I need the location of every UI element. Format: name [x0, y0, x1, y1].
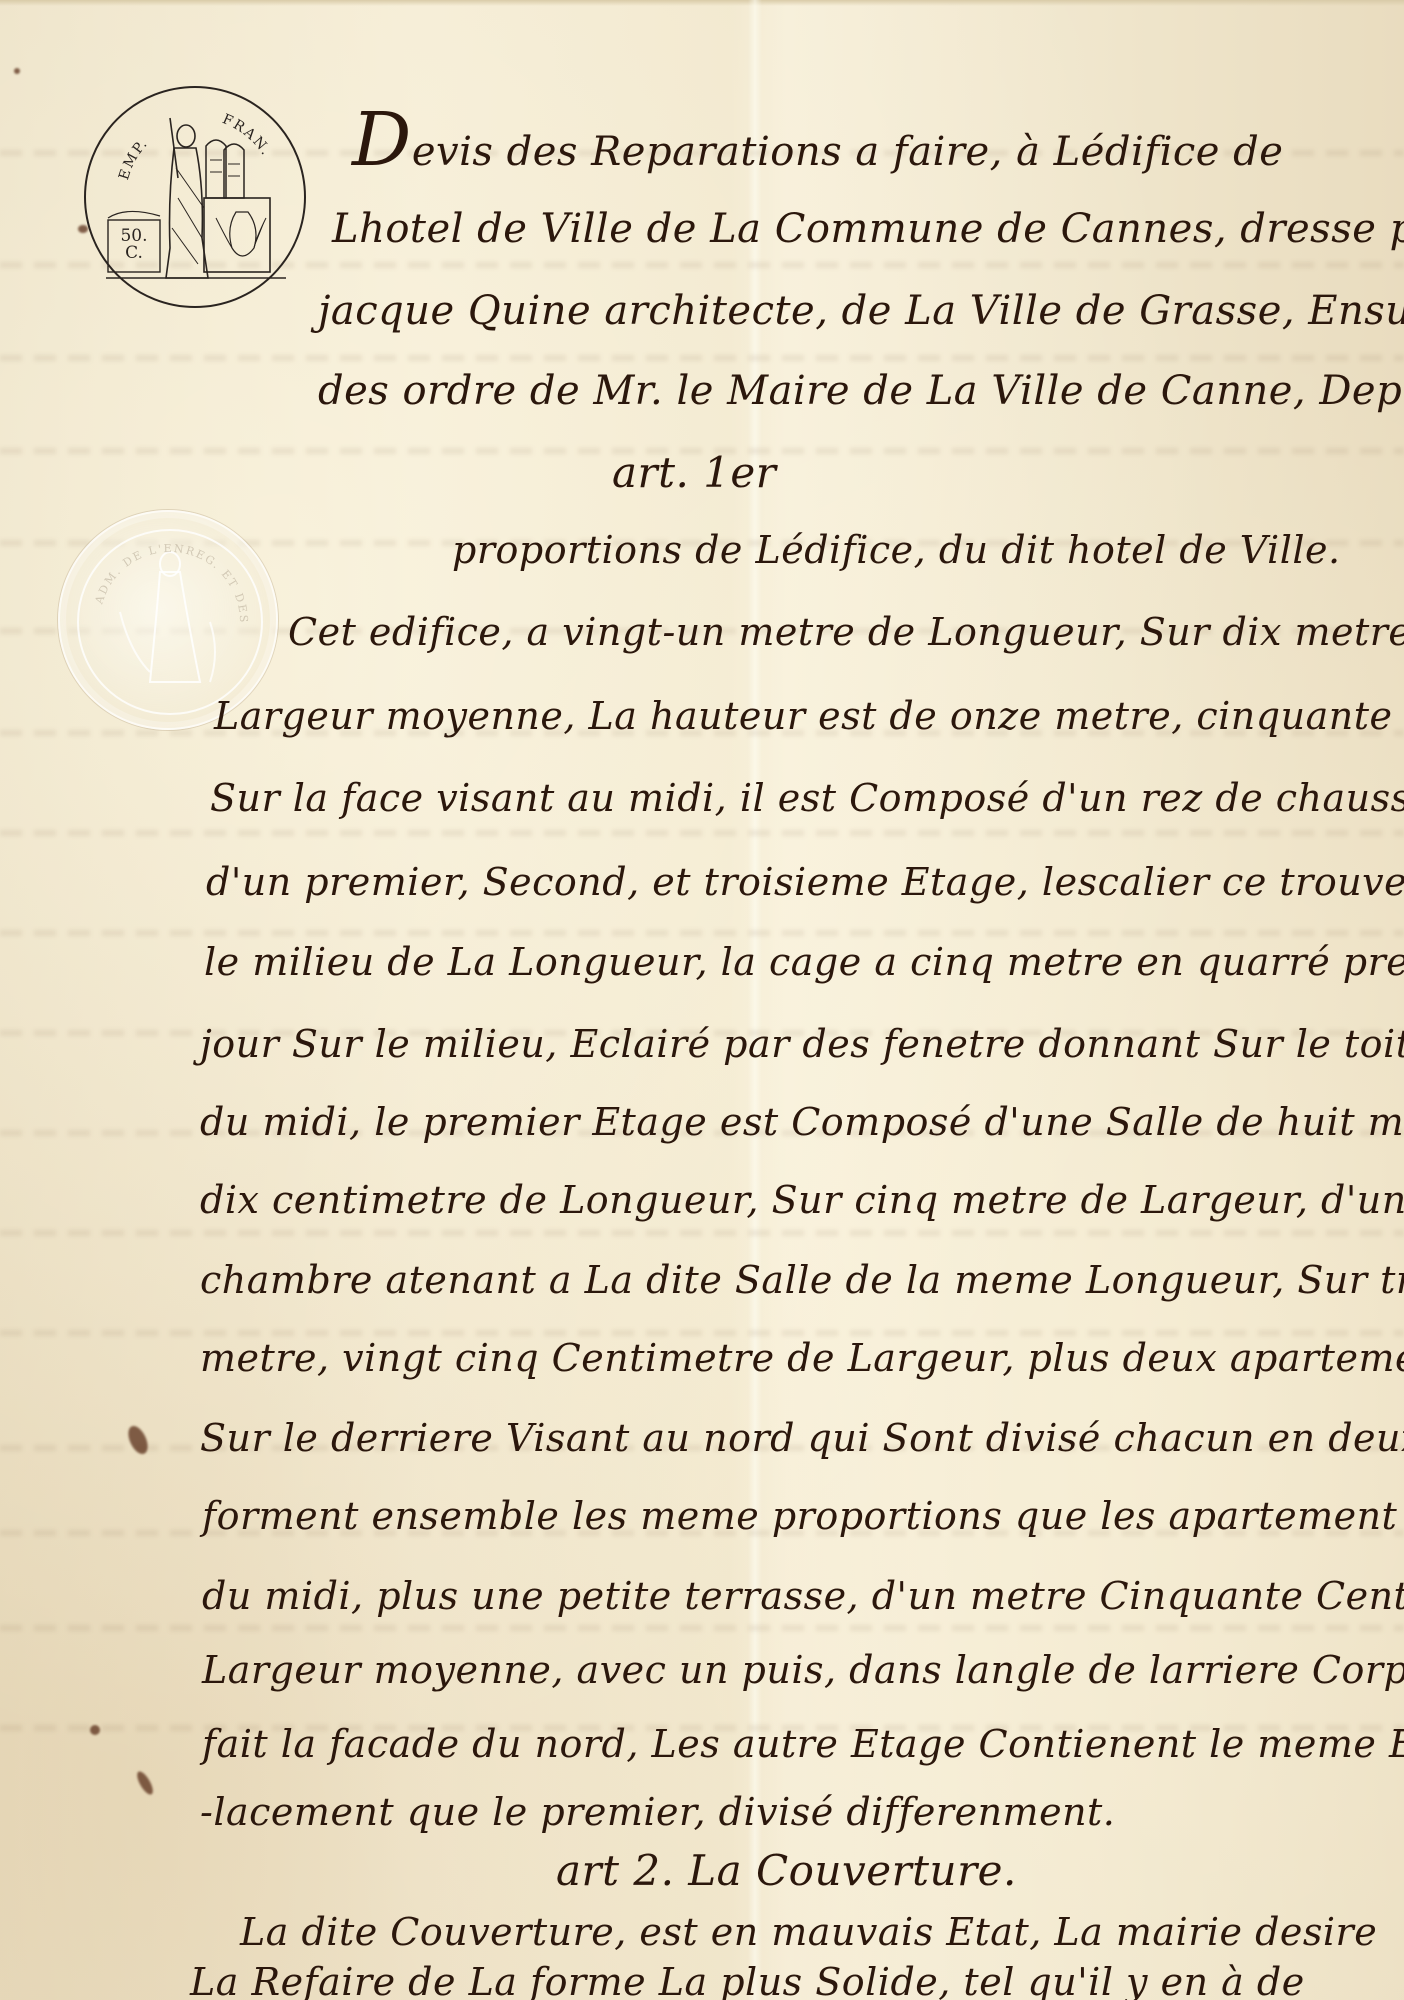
title-line-2: Lhotel de Ville de La Commune de Cannes,… [332, 206, 1404, 252]
article-1-line: chambre atenant a La dite Salle de la me… [200, 1258, 1404, 1302]
article-1-line: -lacement que le premier, divisé differe… [200, 1790, 1115, 1834]
manuscript-text: Devis des Reparations a faire, à Lédific… [0, 0, 1404, 2000]
article-1-line: Cet edifice, a vingt-un metre de Longueu… [288, 610, 1404, 654]
article-1-line: metre, vingt cinq Centimetre de Largeur,… [200, 1336, 1404, 1380]
article-1-line: d'un premier, Second, et troisieme Etage… [206, 860, 1404, 904]
article-1-line: Largeur moyenne, avec un puis, dans lang… [202, 1648, 1404, 1692]
article-1-line: fait la facade du nord, Les autre Etage … [202, 1722, 1404, 1766]
article-1-line: du midi, plus une petite terrasse, d'un … [202, 1574, 1404, 1618]
article-1-line: Sur la face visant au midi, il est Compo… [210, 776, 1404, 820]
article-1-line: le milieu de La Longueur, la cage a cinq… [204, 940, 1404, 984]
article-1-subheading: proportions de Lédifice, du dit hotel de… [452, 528, 1341, 572]
title-line-1-text: evis des Reparations a faire, à Lédifice… [412, 129, 1284, 175]
article-1-line: forment ensemble les meme proportions qu… [202, 1494, 1404, 1538]
manuscript-page: EMP. FRAN. 50. C. ADM. DE L'ENREG. ET DE… [0, 0, 1404, 2000]
article-2-line: La Refaire de La forme La plus Solide, t… [190, 1960, 1305, 2000]
article-1-line: jour Sur le milieu, Eclairé par des fene… [200, 1022, 1404, 1066]
article-2-heading: art 2. La Couverture. [556, 1846, 1017, 1895]
article-1-line: dix centimetre de Longueur, Sur cinq met… [200, 1178, 1404, 1222]
article-1-heading: art. 1er [612, 448, 776, 497]
title-line-1: Devis des Reparations a faire, à Lédific… [352, 120, 1283, 175]
title-initial: D [352, 97, 412, 183]
article-2-line: La dite Couverture, est en mauvais Etat,… [240, 1910, 1377, 1954]
article-1-line: du midi, le premier Etage est Composé d'… [200, 1100, 1404, 1144]
article-1-line: Sur le derriere Visant au nord qui Sont … [200, 1416, 1404, 1460]
title-line-3: jacque Quine architecte, de La Ville de … [318, 288, 1404, 334]
article-1-line: Largeur moyenne, La hauteur est de onze … [214, 694, 1404, 738]
title-line-4: des ordre de Mr. le Maire de La Ville de… [318, 368, 1404, 414]
